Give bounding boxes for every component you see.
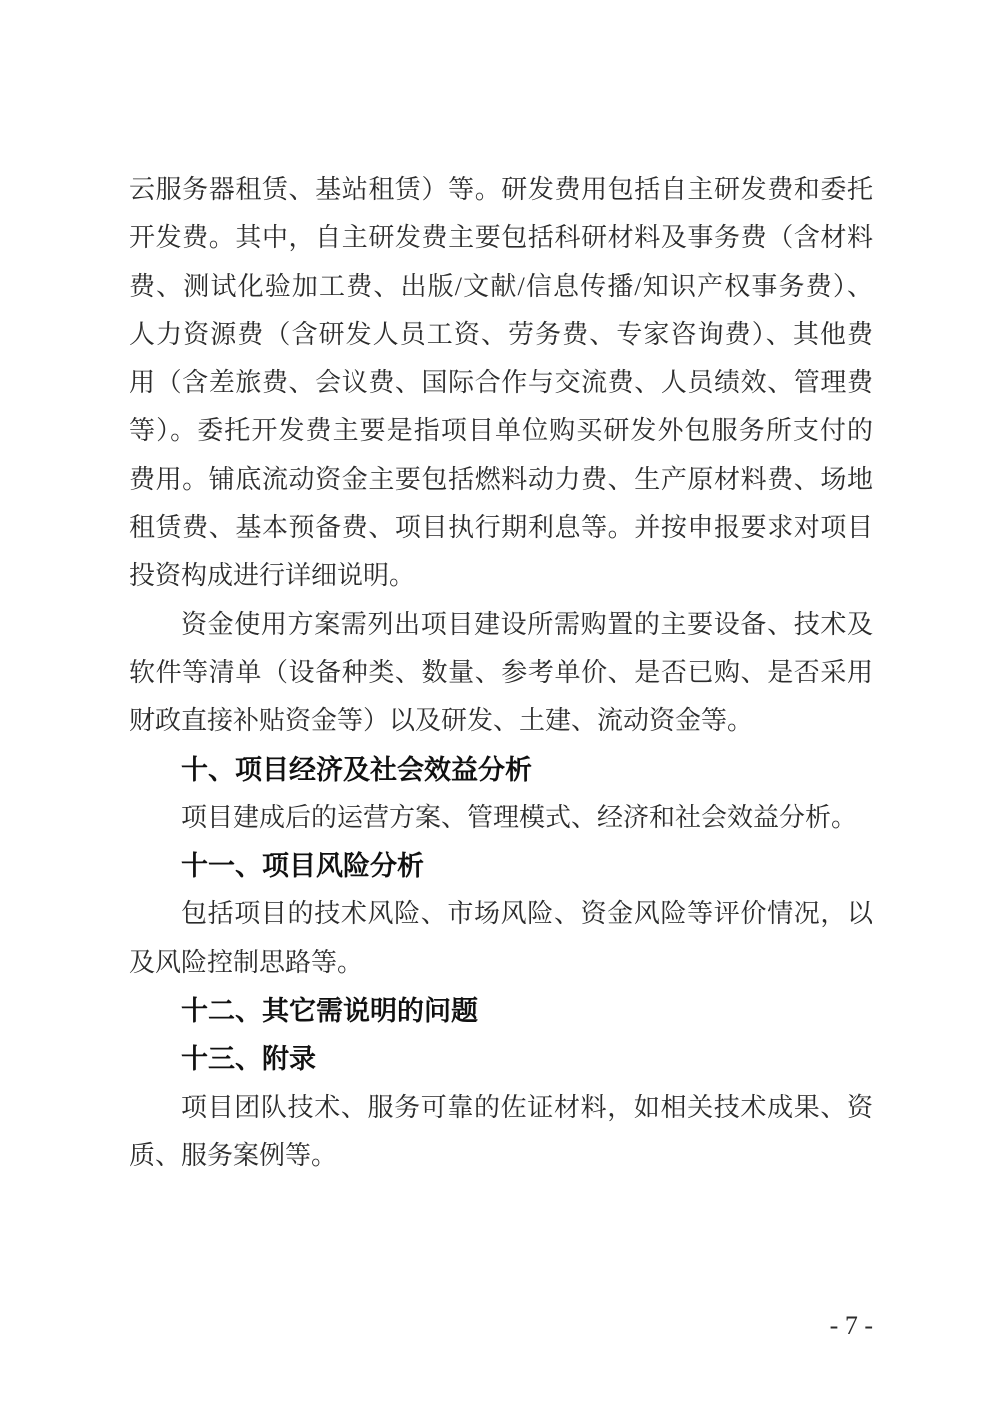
section-heading-12: 十二、其它需说明的问题 xyxy=(129,987,873,1035)
section-heading-13: 十三、附录 xyxy=(129,1035,873,1083)
body-line: 包括项目的技术风险、市场风险、资金风险等评价情况，以 xyxy=(129,890,873,938)
page-number: - 7 - xyxy=(129,1302,873,1350)
document-page: 云服务器租赁、基站租赁）等。研发费用包括自主研发费和委托 开发费。其中，自主研发… xyxy=(0,0,1000,1414)
body-line: 及风险控制思路等。 xyxy=(129,939,873,987)
body-line: 用（含差旅费、会议费、国际合作与交流费、人员绩效、管理费 xyxy=(129,359,873,407)
body-line: 租赁费、基本预备费、项目执行期利息等。并按申报要求对项目 xyxy=(129,504,873,552)
body-line: 项目建成后的运营方案、管理模式、经济和社会效益分析。 xyxy=(129,794,873,842)
body-line: 财政直接补贴资金等）以及研发、土建、流动资金等。 xyxy=(129,697,873,745)
body-line: 费、测试化验加工费、出版/文献/信息传播/知识产权事务费）、 xyxy=(129,263,873,311)
body-line: 开发费。其中，自主研发费主要包括科研材料及事务费（含材料 xyxy=(129,214,873,262)
body-line: 云服务器租赁、基站租赁）等。研发费用包括自主研发费和委托 xyxy=(129,166,873,214)
body-line: 项目团队技术、服务可靠的佐证材料，如相关技术成果、资 xyxy=(129,1084,873,1132)
body-line: 投资构成进行详细说明。 xyxy=(129,552,873,600)
section-heading-11: 十一、项目风险分析 xyxy=(129,842,873,890)
section-heading-10: 十、项目经济及社会效益分析 xyxy=(129,746,873,794)
body-line: 等）。委托开发费主要是指项目单位购买研发外包服务所支付的 xyxy=(129,407,873,455)
body-line: 人力资源费（含研发人员工资、劳务费、专家咨询费）、其他费 xyxy=(129,311,873,359)
body-line: 费用。铺底流动资金主要包括燃料动力费、生产原材料费、场地 xyxy=(129,456,873,504)
body-line: 质、服务案例等。 xyxy=(129,1132,873,1180)
body-line: 软件等清单（设备种类、数量、参考单价、是否已购、是否采用 xyxy=(129,649,873,697)
body-line: 资金使用方案需列出项目建设所需购置的主要设备、技术及 xyxy=(129,601,873,649)
text-block: 云服务器租赁、基站租赁）等。研发费用包括自主研发费和委托 开发费。其中，自主研发… xyxy=(129,166,873,1180)
